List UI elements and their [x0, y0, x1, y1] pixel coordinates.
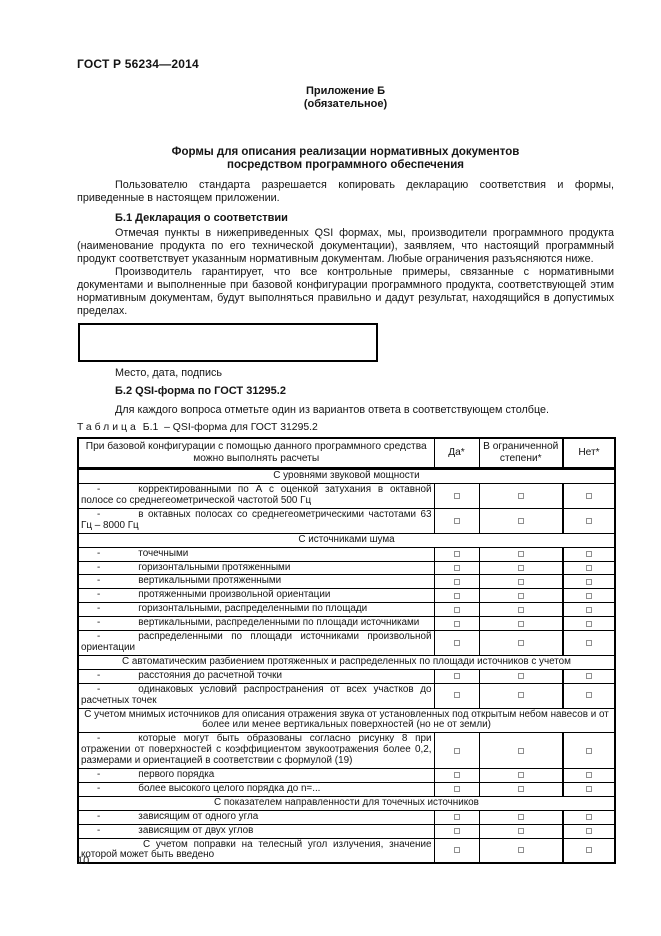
table-row: -которые могут быть образованы согласно … [78, 733, 615, 769]
heading-b2: Б.2 QSI-форма по ГОСТ 31295.2 [77, 385, 614, 398]
checkbox-unchecked-icon [518, 692, 524, 698]
checkbox-unchecked-icon [518, 828, 524, 834]
table-row: С учетом поправки на телесный угол излуч… [78, 838, 615, 863]
row-label-cell: -корректированными по А с оценкой затуха… [78, 484, 434, 509]
table-row: -более высокого целого порядка до n=... [78, 782, 615, 796]
document-page: ГОСТ Р 56234—2014 Приложение Б (обязател… [0, 0, 661, 936]
list-dash: - [97, 670, 100, 681]
section-label: С учетом мнимых источников для описания … [78, 708, 615, 733]
checkbox-cell [479, 631, 563, 656]
checkbox-unchecked-icon [586, 607, 592, 613]
appendix-title-line2: посредством программного обеспечения [77, 159, 614, 172]
table-row: -протяженными произвольной ориентации [78, 589, 615, 603]
checkbox-unchecked-icon [518, 607, 524, 613]
checkbox-unchecked-icon [454, 828, 460, 834]
row-label-cell: -одинаковых условий распространения от в… [78, 683, 434, 708]
qsi-form-table: При базовой конфигурации с помощью данно… [77, 437, 616, 864]
checkbox-cell [434, 631, 479, 656]
checkbox-cell [563, 561, 615, 575]
checkbox-unchecked-icon [586, 748, 592, 754]
section-label: С уровнями звуковой мощности [78, 469, 615, 484]
checkbox-unchecked-icon [518, 640, 524, 646]
checkbox-unchecked-icon [586, 847, 592, 853]
checkbox-cell [434, 575, 479, 589]
checkbox-cell [563, 484, 615, 509]
paragraph-instruction: Для каждого вопроса отметьте один из вар… [77, 404, 614, 417]
list-dash: - [97, 484, 100, 495]
checkbox-unchecked-icon [586, 579, 592, 585]
table-body: С уровнями звуковой мощности-корректиров… [78, 469, 615, 864]
doc-number: ГОСТ Р 56234—2014 [77, 57, 614, 71]
list-dash: - [97, 825, 100, 836]
checkbox-unchecked-icon [586, 814, 592, 820]
checkbox-unchecked-icon [518, 621, 524, 627]
row-label: -распределенными по площади источниками … [81, 632, 432, 654]
checkbox-unchecked-icon [518, 579, 524, 585]
checkbox-cell [434, 838, 479, 863]
table-header: При базовой конфигурации с помощью данно… [78, 438, 615, 469]
checkbox-cell [434, 484, 479, 509]
checkbox-unchecked-icon [454, 579, 460, 585]
column-header-yes: Да* [434, 438, 479, 469]
checkbox-unchecked-icon [586, 640, 592, 646]
list-dash: - [97, 617, 100, 628]
row-label: -протяженными произвольной ориентации [81, 590, 432, 601]
checkbox-cell [563, 782, 615, 796]
checkbox-cell [479, 603, 563, 617]
checkbox-unchecked-icon [454, 814, 460, 820]
column-header-limited: В ограниченной степени* [479, 438, 563, 469]
section-label: С автоматическим разбиением протяженных … [78, 655, 615, 669]
checkbox-cell [563, 508, 615, 533]
checkbox-unchecked-icon [518, 518, 524, 524]
checkbox-cell [434, 561, 479, 575]
checkbox-unchecked-icon [454, 493, 460, 499]
table-section-row: С показателем направленности для точечны… [78, 796, 615, 810]
checkbox-cell [563, 631, 615, 656]
checkbox-unchecked-icon [586, 786, 592, 792]
signature-box [78, 323, 378, 362]
table-caption-number: Б.1 [143, 422, 159, 433]
row-label-cell: -распределенными по площади источниками … [78, 631, 434, 656]
list-dash: - [97, 603, 100, 614]
table-section-row: С уровнями звуковой мощности [78, 469, 615, 484]
paragraph-declaration: Отмечая пункты в нижеприведенных QSI фор… [77, 227, 614, 266]
checkbox-cell [479, 769, 563, 783]
heading-b1: Б.1 Декларация о соответствии [77, 212, 614, 225]
table-row: -горизонтальными протяженными [78, 561, 615, 575]
checkbox-cell [563, 617, 615, 631]
list-dash: - [97, 562, 100, 573]
row-label: -точечными [81, 549, 432, 560]
checkbox-unchecked-icon [586, 493, 592, 499]
checkbox-cell [563, 547, 615, 561]
checkbox-unchecked-icon [518, 593, 524, 599]
table-row: -точечными [78, 547, 615, 561]
section-label: С источниками шума [78, 533, 615, 547]
row-label-cell: -вертикальными, распределенными по площа… [78, 617, 434, 631]
row-label: -в октавных полосах со среднегеометричес… [81, 510, 432, 532]
appendix-title: Формы для описания реализации нормативны… [77, 146, 614, 172]
checkbox-cell [434, 733, 479, 769]
column-header-no: Нет* [563, 438, 615, 469]
checkbox-unchecked-icon [454, 621, 460, 627]
row-label: -зависящим от одного угла [81, 812, 432, 823]
checkbox-cell [479, 617, 563, 631]
row-label: -горизонтальными, распределенными по пло… [81, 604, 432, 615]
checkbox-unchecked-icon [518, 814, 524, 820]
row-label-cell: -точечными [78, 547, 434, 561]
list-dash: - [97, 631, 100, 642]
checkbox-unchecked-icon [454, 692, 460, 698]
row-label-cell: -горизонтальными, распределенными по пло… [78, 603, 434, 617]
checkbox-cell [434, 683, 479, 708]
checkbox-unchecked-icon [454, 772, 460, 778]
table-caption-word: Таблица [77, 422, 139, 433]
checkbox-unchecked-icon [586, 828, 592, 834]
checkbox-cell [434, 782, 479, 796]
row-label: -зависящим от двух углов [81, 826, 432, 837]
checkbox-cell [563, 575, 615, 589]
table-row: -одинаковых условий распространения от в… [78, 683, 615, 708]
checkbox-cell [563, 589, 615, 603]
appendix-title-line1: Формы для описания реализации нормативны… [77, 146, 614, 159]
list-dash: - [97, 575, 100, 586]
checkbox-unchecked-icon [586, 593, 592, 599]
row-label-cell: -первого порядка [78, 769, 434, 783]
row-label-cell: -расстояния до расчетной точки [78, 669, 434, 683]
checkbox-cell [434, 617, 479, 631]
table-row: -расстояния до расчетной точки [78, 669, 615, 683]
checkbox-cell [479, 733, 563, 769]
checkbox-unchecked-icon [586, 621, 592, 627]
checkbox-cell [479, 824, 563, 838]
checkbox-unchecked-icon [454, 640, 460, 646]
checkbox-unchecked-icon [586, 565, 592, 571]
paragraph-copy-permission: Пользователю стандарта разрешается копир… [77, 179, 614, 205]
table-caption-title: – QSI-форма для ГОСТ 31295.2 [164, 422, 318, 433]
row-label: -одинаковых условий распространения от в… [81, 685, 432, 707]
appendix-kind: (обязательное) [77, 98, 614, 111]
checkbox-unchecked-icon [518, 565, 524, 571]
checkbox-cell [563, 824, 615, 838]
row-label: -первого порядка [81, 770, 432, 781]
checkbox-cell [479, 669, 563, 683]
row-label: -которые могут быть образованы согласно … [81, 734, 432, 767]
checkbox-cell [479, 561, 563, 575]
checkbox-cell [563, 603, 615, 617]
row-label-cell: -зависящим от двух углов [78, 824, 434, 838]
row-label: -корректированными по А с оценкой затуха… [81, 485, 432, 507]
list-dash: - [97, 769, 100, 780]
checkbox-unchecked-icon [518, 847, 524, 853]
table-row: -горизонтальными, распределенными по пло… [78, 603, 615, 617]
checkbox-cell [434, 603, 479, 617]
row-label-cell: -которые могут быть образованы согласно … [78, 733, 434, 769]
checkbox-unchecked-icon [586, 692, 592, 698]
row-label: -более высокого целого порядка до n=... [81, 784, 432, 795]
checkbox-unchecked-icon [586, 673, 592, 679]
table-section-row: С источниками шума [78, 533, 615, 547]
row-label-cell: -более высокого целого порядка до n=... [78, 782, 434, 796]
checkbox-unchecked-icon [518, 772, 524, 778]
checkbox-cell [479, 508, 563, 533]
table-row: -вертикальными протяженными [78, 575, 615, 589]
checkbox-cell [479, 782, 563, 796]
checkbox-cell [479, 589, 563, 603]
checkbox-unchecked-icon [586, 772, 592, 778]
checkbox-cell [434, 508, 479, 533]
checkbox-unchecked-icon [518, 786, 524, 792]
row-label: С учетом поправки на телесный угол излуч… [81, 840, 432, 862]
row-label-cell: -вертикальными протяженными [78, 575, 434, 589]
row-label-cell: -протяженными произвольной ориентации [78, 589, 434, 603]
checkbox-unchecked-icon [454, 551, 460, 557]
paragraph-guarantee: Производитель гарантирует, что все контр… [77, 266, 614, 318]
checkbox-unchecked-icon [454, 786, 460, 792]
table-row: -корректированными по А с оценкой затуха… [78, 484, 615, 509]
checkbox-unchecked-icon [518, 673, 524, 679]
row-label-cell: -горизонтальными протяженными [78, 561, 434, 575]
checkbox-cell [479, 838, 563, 863]
table-row: -вертикальными, распределенными по площа… [78, 617, 615, 631]
checkbox-cell [563, 810, 615, 824]
checkbox-cell [434, 824, 479, 838]
list-dash: - [97, 811, 100, 822]
checkbox-cell [434, 669, 479, 683]
table-row: -распределенными по площади источниками … [78, 631, 615, 656]
checkbox-unchecked-icon [586, 551, 592, 557]
checkbox-cell [434, 769, 479, 783]
row-label: -вертикальными, распределенными по площа… [81, 618, 432, 629]
checkbox-cell [563, 733, 615, 769]
list-dash: - [97, 589, 100, 600]
checkbox-unchecked-icon [454, 748, 460, 754]
checkbox-cell [479, 683, 563, 708]
column-header-question: При базовой конфигурации с помощью данно… [78, 438, 434, 469]
checkbox-cell [479, 547, 563, 561]
checkbox-unchecked-icon [454, 673, 460, 679]
appendix-label: Приложение Б [77, 85, 614, 98]
checkbox-unchecked-icon [454, 607, 460, 613]
checkbox-cell [563, 769, 615, 783]
table-row: -первого порядка [78, 769, 615, 783]
row-label: -вертикальными протяженными [81, 576, 432, 587]
checkbox-cell [563, 669, 615, 683]
checkbox-cell [479, 810, 563, 824]
checkbox-cell [434, 589, 479, 603]
table-header-row: При базовой конфигурации с помощью данно… [78, 438, 615, 469]
checkbox-cell [434, 547, 479, 561]
checkbox-unchecked-icon [454, 565, 460, 571]
row-label: -горизонтальными протяженными [81, 563, 432, 574]
list-dash: - [97, 548, 100, 559]
table-row: -в октавных полосах со среднегеометричес… [78, 508, 615, 533]
checkbox-unchecked-icon [518, 748, 524, 754]
page-number: 10 [77, 855, 89, 868]
table-row: -зависящим от одного угла [78, 810, 615, 824]
row-label-cell: -зависящим от одного угла [78, 810, 434, 824]
checkbox-unchecked-icon [518, 551, 524, 557]
checkbox-unchecked-icon [454, 518, 460, 524]
checkbox-cell [434, 810, 479, 824]
list-dash: - [97, 733, 100, 744]
checkbox-unchecked-icon [454, 847, 460, 853]
row-label-cell: С учетом поправки на телесный угол излуч… [78, 838, 434, 863]
checkbox-cell [563, 838, 615, 863]
table-caption: ТаблицаБ.1 – QSI-форма для ГОСТ 31295.2 [77, 421, 614, 434]
row-label-cell: -в октавных полосах со среднегеометричес… [78, 508, 434, 533]
table-section-row: С учетом мнимых источников для описания … [78, 708, 615, 733]
section-label: С показателем направленности для точечны… [78, 796, 615, 810]
checkbox-unchecked-icon [518, 493, 524, 499]
list-dash: - [97, 783, 100, 794]
row-label: -расстояния до расчетной точки [81, 671, 432, 682]
table-row: -зависящим от двух углов [78, 824, 615, 838]
checkbox-unchecked-icon [454, 593, 460, 599]
checkbox-unchecked-icon [586, 518, 592, 524]
checkbox-cell [479, 575, 563, 589]
checkbox-cell [479, 484, 563, 509]
list-dash: - [97, 684, 100, 695]
checkbox-cell [563, 683, 615, 708]
signature-caption: Место, дата, подпись [77, 367, 614, 380]
page-content: ГОСТ Р 56234—2014 Приложение Б (обязател… [77, 0, 614, 864]
table-section-row: С автоматическим разбиением протяженных … [78, 655, 615, 669]
list-dash: - [97, 509, 100, 520]
